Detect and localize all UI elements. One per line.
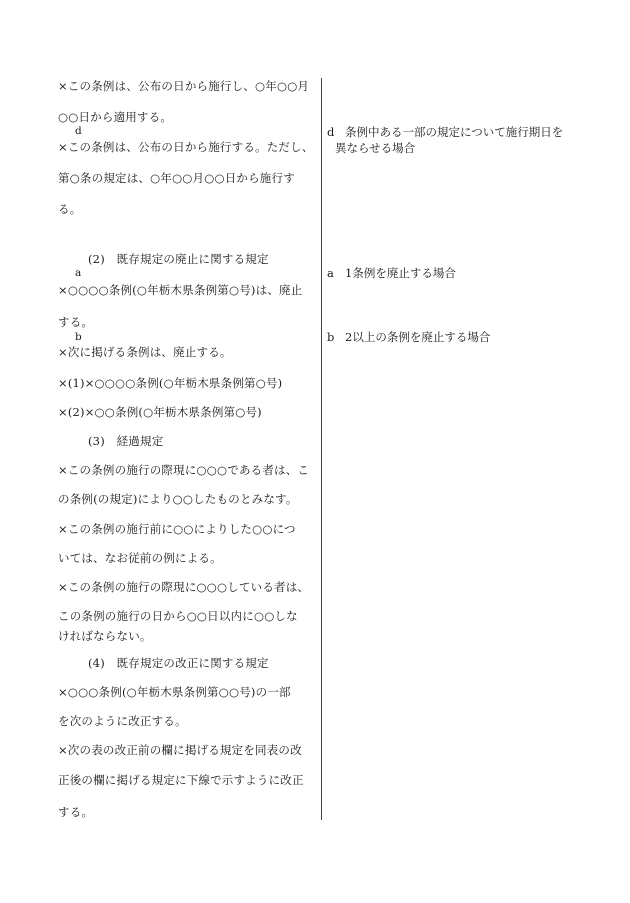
annotation-text: 条例中ある一部の規定について施行期日を (345, 125, 563, 139)
column-divider (321, 78, 322, 820)
provision-text-line: ×(2)×○○条例(○年栃木県条例第○号) (58, 405, 262, 419)
item-label-marker: b (75, 331, 82, 343)
annotation-note-line: b2以上の条例を廃止する場合 (327, 329, 490, 345)
item-label-marker: a (75, 267, 81, 279)
annotation-marker: a (327, 265, 345, 281)
provision-text-line: する。 (58, 315, 93, 329)
provision-text-line: ×この条例は、公布の日から施行する。ただし、 (58, 140, 314, 154)
provision-text-line: 第○条の規定は、○年○○月○○日から施行す (58, 171, 295, 185)
provision-text-line: の条例(の規定)により○○したものとみなす。 (58, 492, 298, 506)
provision-text-line: ×この条例は、公布の日から施行し、○年○○月 (58, 79, 309, 93)
provision-text-line: ○○日から適用する。 (58, 110, 172, 124)
provision-text-line: (2) 既存規定の廃止に関する規定 (88, 252, 269, 266)
annotation-note: d条例中ある一部の規定について施行期日を異ならせる場合 (327, 124, 563, 156)
annotation-note-line: 異ならせる場合 (327, 140, 563, 156)
annotation-marker: d (327, 124, 345, 140)
provision-text-line: ×(1)×○○○○条例(○年栃木県条例第○号) (58, 376, 282, 390)
provision-text-line: る。 (58, 202, 81, 216)
annotation-note: b2以上の条例を廃止する場合 (327, 329, 490, 345)
provision-text-line: ×次の表の改正前の欄に掲げる規定を同表の改 (58, 743, 302, 757)
provision-text-line: (4) 既存規定の改正に関する規定 (88, 656, 269, 670)
provision-text-line: 正後の欄に掲げる規定に下線で示すように改正 (58, 773, 304, 787)
provision-text-line: する。 (58, 805, 93, 819)
provision-text-line: を次のように改正する。 (58, 714, 187, 728)
provision-text-line: ×この条例の施行の際現に○○○である者は、こ (58, 463, 309, 477)
annotation-text: 異ならせる場合 (335, 141, 415, 155)
provision-text-line: ×この条例の施行の際現に○○○している者は、 (58, 580, 309, 594)
annotation-note-line: d条例中ある一部の規定について施行期日を (327, 124, 563, 140)
provision-text-line: いては、なお従前の例による。 (58, 551, 222, 565)
annotation-text: 2以上の条例を廃止する場合 (345, 330, 490, 344)
provision-text-line: この条例の施行の日から○○日以内に○○しな (58, 609, 298, 623)
provision-text-line: ×○○○○条例(○年栃木県条例第○号)は、廃止 (58, 283, 302, 297)
provision-text-line: (3) 経過規定 (88, 434, 163, 448)
annotation-marker: b (327, 329, 345, 345)
item-label-marker: d (75, 125, 82, 137)
provision-text-line: ×この条例の施行前に○○によりした○○につ (58, 522, 296, 536)
provision-text-line: ければならない。 (58, 629, 152, 643)
annotation-note: a1条例を廃止する場合 (327, 265, 456, 281)
document-page: ×この条例は、公布の日から施行し、○年○○月○○日から適用する。d×この条例は、… (0, 0, 630, 903)
provision-text-line: ×○○○条例(○年栃木県条例第○○号)の一部 (58, 685, 291, 699)
annotation-text: 1条例を廃止する場合 (345, 266, 456, 280)
provision-text-line: ×次に掲げる条例は、廃止する。 (58, 345, 232, 359)
annotation-note-line: a1条例を廃止する場合 (327, 265, 456, 281)
